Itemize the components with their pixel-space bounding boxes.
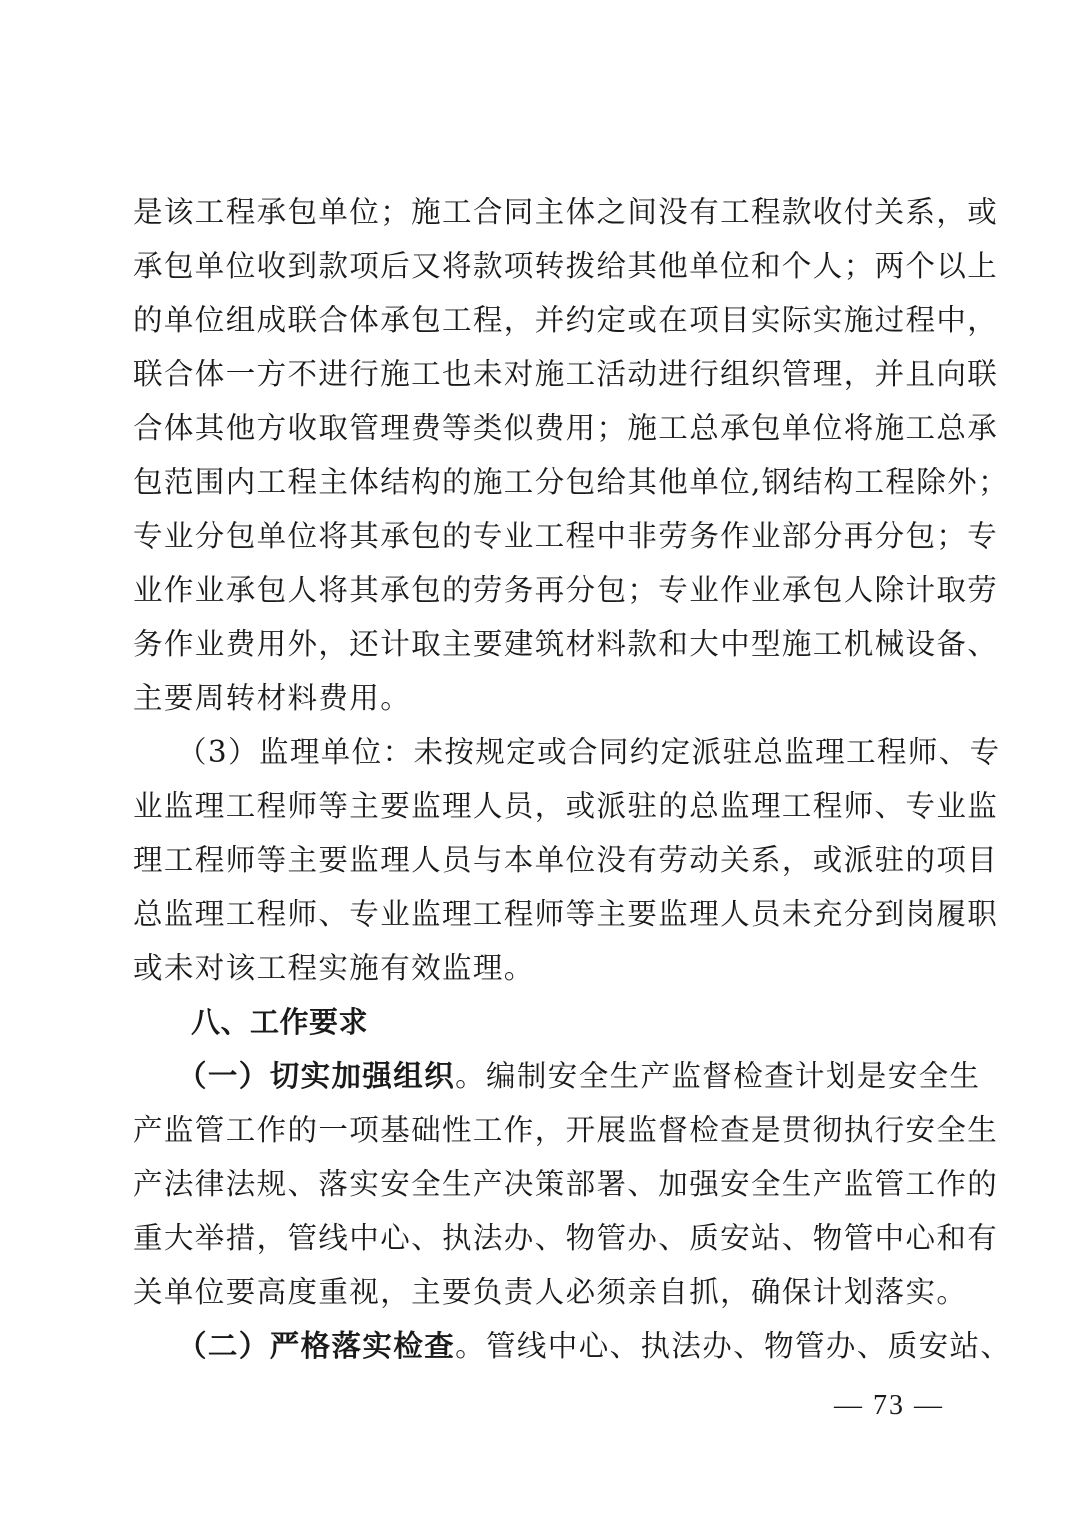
body-line: 的单位组成联合体承包工程，并约定或在项目实际实施过程中， [133, 298, 943, 352]
supervision-paragraph-start: （3）监理单位：未按规定或合同约定派驻总监理工程师、专 [133, 730, 943, 784]
body-line: 或未对该工程实施有效监理。 [133, 946, 943, 1000]
body-line: 理工程师等主要监理人员与本单位没有劳动关系，或派驻的项目 [133, 838, 943, 892]
body-line: 是该工程承包单位；施工合同主体之间没有工程款收付关系，或 [133, 190, 943, 244]
body-line: 总监理工程师、专业监理工程师等主要监理人员未充分到岗履职 [133, 892, 943, 946]
document-page: 是该工程承包单位；施工合同主体之间没有工程款收付关系，或 承包单位收到款项后又将… [133, 190, 943, 1378]
body-line: 主要周转材料费用。 [133, 676, 943, 730]
body-line: 业监理工程师等主要监理人员，或派驻的总监理工程师、专业监 [133, 784, 943, 838]
item-2-paragraph-start: （二）严格落实检查。管线中心、执法办、物管办、质安站、 [133, 1324, 943, 1378]
page-number: — 73 — [834, 1390, 944, 1422]
body-line: 专业分包单位将其承包的专业工程中非劳务作业部分再分包；专 [133, 514, 943, 568]
item-1-paragraph-start: （一）切实加强组织。编制安全生产监督检查计划是安全生 [133, 1054, 943, 1108]
item-2-text: 。管线中心、执法办、物管办、质安站、 [455, 1329, 1011, 1363]
body-line: 产监管工作的一项基础性工作，开展监督检查是贯彻执行安全生 [133, 1108, 943, 1162]
body-line: 合体其他方收取管理费等类似费用；施工总承包单位将施工总承 [133, 406, 943, 460]
body-line: 产法律法规、落实安全生产决策部署、加强安全生产监管工作的 [133, 1162, 943, 1216]
body-line: 关单位要高度重视，主要负责人必须亲自抓，确保计划落实。 [133, 1270, 943, 1324]
body-line: 承包单位收到款项后又将款项转拨给其他单位和个人；两个以上 [133, 244, 943, 298]
body-line: 联合体一方不进行施工也未对施工活动进行组织管理，并且向联 [133, 352, 943, 406]
section-heading: 八、工作要求 [133, 1000, 943, 1054]
item-1-lead: （一）切实加强组织 [177, 1059, 455, 1093]
body-line: 业作业承包人将其承包的劳务再分包；专业作业承包人除计取劳 [133, 568, 943, 622]
item-1-text: 。编制安全生产监督检查计划是安全生 [455, 1059, 980, 1093]
body-line: 务作业费用外，还计取主要建筑材料款和大中型施工机械设备、 [133, 622, 943, 676]
body-line: 包范围内工程主体结构的施工分包给其他单位,钢结构工程除外； [133, 460, 943, 514]
item-2-lead: （二）严格落实检查 [177, 1329, 455, 1363]
body-line: 重大举措，管线中心、执法办、物管办、质安站、物管中心和有 [133, 1216, 943, 1270]
